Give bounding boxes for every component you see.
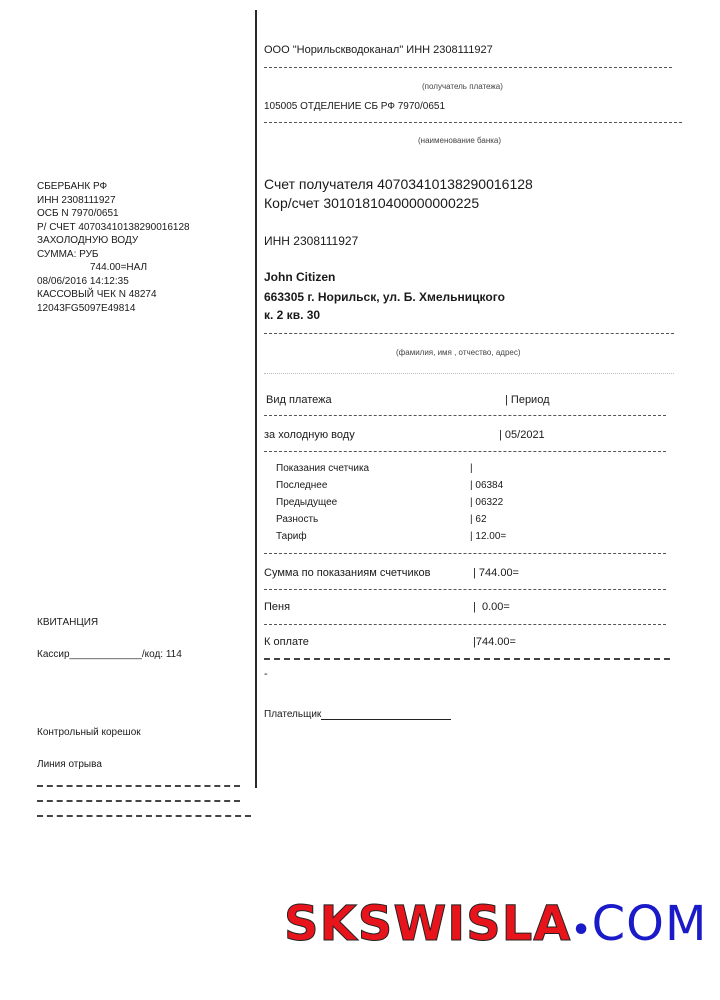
divider [264,122,682,123]
tear-line [37,800,240,802]
penalty-label: Пеня [264,601,290,613]
payment-type-header: Вид платежа [266,394,332,406]
divider [264,589,666,590]
correspondent-account: Кор/счет 30101810400000000225 [264,195,479,211]
divider [264,624,666,625]
meter-difference-label: Разность [276,514,318,525]
meter-previous-value: | 06322 [470,497,503,508]
control-stub-label: Контрольный корешок [37,727,141,738]
recipient-caption: (получатель платежа) [422,82,503,91]
stub-line: 08/06/2016 14:12:35 [37,275,190,289]
amount-due-label: К оплате [264,636,309,648]
receipt-label: КВИТАНЦИЯ [37,617,98,628]
divider [264,373,674,374]
signature-line [321,707,451,720]
payer-address: 663305 г. Норильск, ул. Б. Хмельницкого [264,290,505,304]
watermark-domain: COM [592,896,708,952]
payer-caption: (фамилия, имя , отчество, адрес) [396,348,521,357]
bank-name: 105005 ОТДЕЛЕНИЕ СБ РФ 7970/0651 [264,101,445,112]
bank-caption: (наименование банка) [418,136,501,145]
stub-line: 744.00=НАЛ [37,261,190,275]
amount-due-value: |744.00= [473,636,516,648]
stub-line: СБЕРБАНК РФ [37,180,190,194]
meter-difference-value: | 62 [470,514,487,525]
meter-last-label: Последнее [276,480,327,491]
divider [264,415,666,416]
tear-line-label: Линия отрыва [37,759,102,770]
meter-readings-value: | [470,463,473,474]
penalty-value: | 0.00= [473,601,510,613]
meter-previous-label: Предыдущее [276,497,337,508]
stub-line: Р/ СЧЕТ 40703410138290016128 [37,221,190,235]
divider [264,333,674,334]
divider [264,67,672,68]
tariff-value: | 12.00= [470,531,506,542]
stub-line: ИНН 2308111927 [37,194,190,208]
stub-receipt-info: СБЕРБАНК РФ ИНН 2308111927 ОСБ N 7970/06… [37,180,190,315]
stub-line: ЗАХОЛОДНУЮ ВОДУ [37,234,190,248]
payer-signature-label: Плательщик [264,709,321,720]
service-name: за холодную воду [264,429,355,441]
recipient-account: Счет получателя 40703410138290016128 [264,176,533,192]
period-header: | Период [505,394,550,406]
dash-mark: - [264,668,268,680]
recipient-inn: ИНН 2308111927 [264,234,358,248]
tear-line [37,815,251,817]
stub-line: 12043FG5097E49814 [37,302,190,316]
stub-line: ОСБ N 7970/0651 [37,207,190,221]
stub-line: КАССОВЫЙ ЧЕК N 48274 [37,288,190,302]
stub-line: СУММА: РУБ [37,248,190,262]
watermark-dot: • [571,913,591,948]
watermark-brand: SKSWISLA [284,896,571,952]
cashier-line: Кассир_____________/код: 114 [37,649,182,660]
stub-separator-line [255,10,257,788]
divider [264,658,670,660]
divider [264,451,666,452]
payer-address-line2: к. 2 кв. 30 [264,308,320,322]
payer-name: John Citizen [264,270,335,284]
watermark-logo: SKSWISLA•COM [284,896,707,952]
tear-line [37,785,240,787]
tariff-label: Тариф [276,531,307,542]
recipient-name: ООО "Норильскводоканал" ИНН 2308111927 [264,44,493,56]
payer-signature: Плательщик [264,707,451,720]
divider [264,553,666,554]
meter-last-value: | 06384 [470,480,503,491]
meter-sum-label: Сумма по показаниям счетчиков [264,567,431,579]
service-period: | 05/2021 [499,429,545,441]
meter-sum-value: | 744.00= [473,567,519,579]
meter-readings-label: Показания счетчика [276,463,369,474]
